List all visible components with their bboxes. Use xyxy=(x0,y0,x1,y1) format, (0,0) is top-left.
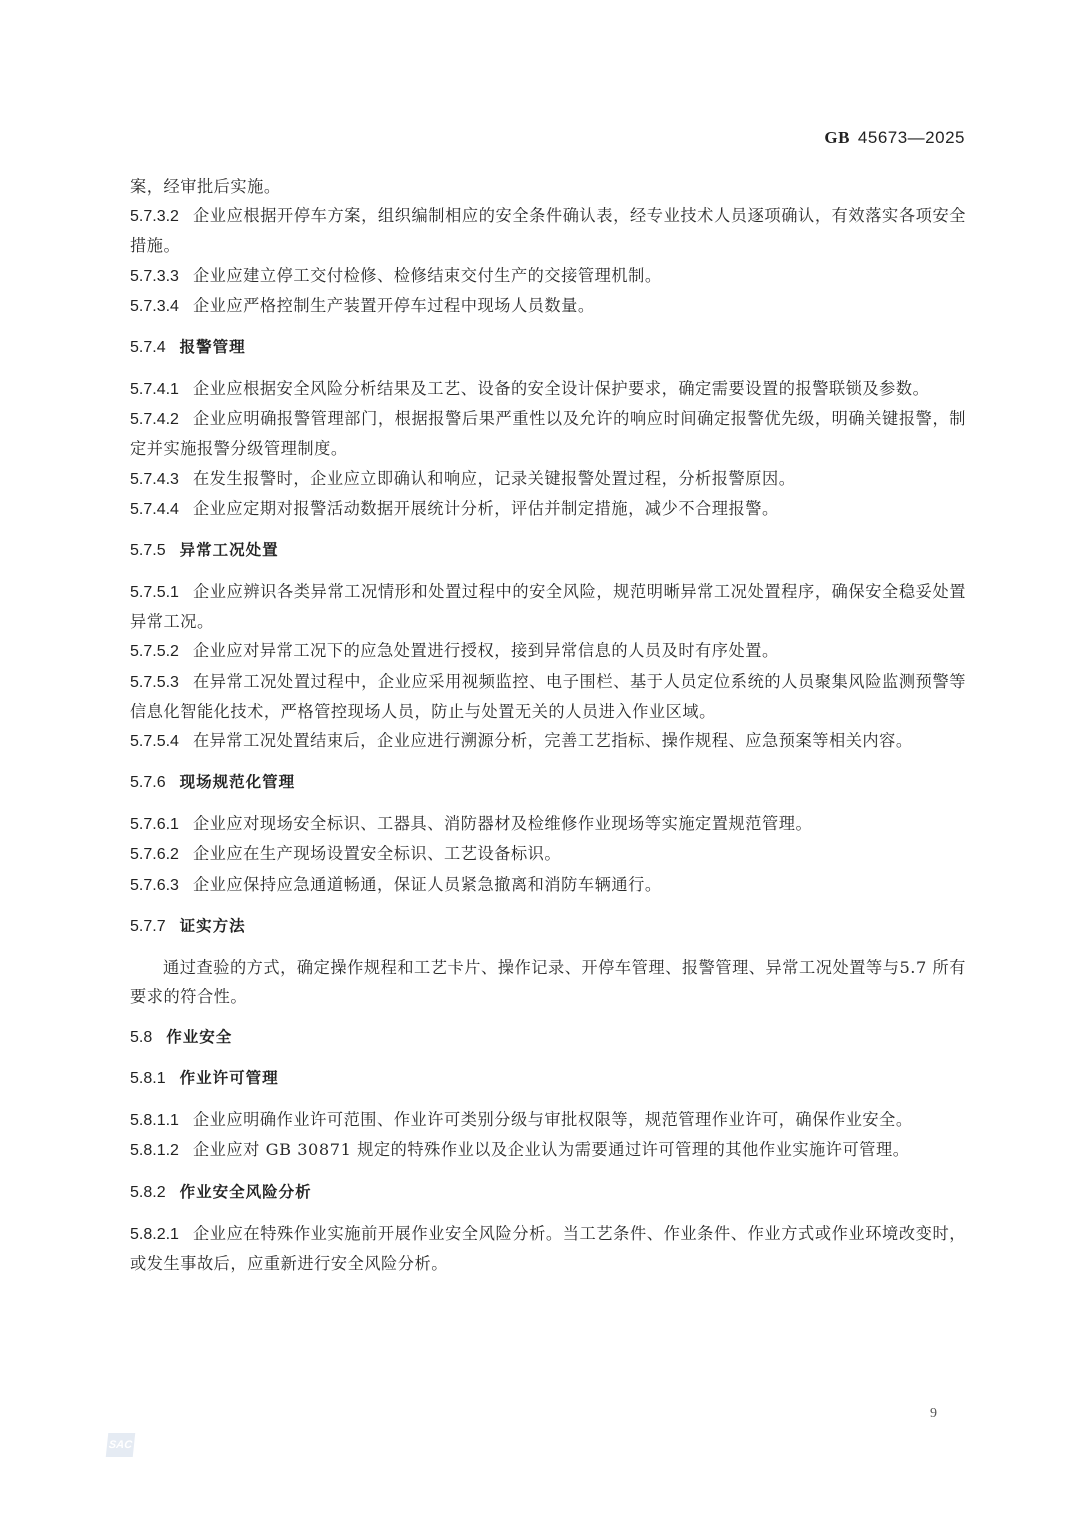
section-title: 作业安全 xyxy=(166,1028,232,1046)
clause-text: 企业应在生产现场设置安全标识、工艺设备标识。 xyxy=(193,844,561,863)
clause-text: 企业应严格控制生产装置开停车过程中现场人员数量。 xyxy=(193,296,595,315)
clause-text: 企业应建立停工交付检修、检修结束交付生产的交接管理机制。 xyxy=(193,266,662,285)
clause-text: 企业应明确报警管理部门，根据报警后果严重性以及允许的响应时间确定报警优先级，明确… xyxy=(130,409,966,458)
clause-5-7-5-3: 5.7.5.3在异常工况处置过程中，企业应采用视频监控、电子围栏、基于人员定位系… xyxy=(130,667,966,726)
clause-number: 5.7.6.2 xyxy=(130,846,179,863)
section-title: 证实方法 xyxy=(180,917,246,935)
standard-number-header: GB45673—2025 xyxy=(824,128,965,148)
clause-5-7-4-2: 5.7.4.2企业应明确报警管理部门，根据报警后果严重性以及允许的响应时间确定报… xyxy=(130,404,966,463)
clause-number: 5.7.4.4 xyxy=(130,501,179,518)
clause-number: 5.7.5.3 xyxy=(130,674,179,691)
clause-number: 5.7.4.3 xyxy=(130,471,179,488)
clause-5-7-6-3: 5.7.6.3企业应保持应急通道畅通，保证人员紧急撤离和消防车辆通行。 xyxy=(130,870,966,900)
clause-5-7-5-2: 5.7.5.2企业应对异常工况下的应急处置进行授权，接到异常信息的人员及时有序处… xyxy=(130,636,966,666)
section-number: 5.7.5 xyxy=(130,542,166,559)
section-number: 5.8 xyxy=(130,1029,152,1046)
clause-text: 在异常工况处置结束后，企业应进行溯源分析，完善工艺指标、操作规程、应急预案等相关… xyxy=(193,731,913,750)
clause-number: 5.7.6.1 xyxy=(130,816,179,833)
clause-5-7-5-4: 5.7.5.4在异常工况处置结束后，企业应进行溯源分析，完善工艺指标、操作规程、… xyxy=(130,726,966,756)
section-number: 5.7.4 xyxy=(130,339,166,356)
clause-5-7-3-3: 5.7.3.3企业应建立停工交付检修、检修结束交付生产的交接管理机制。 xyxy=(130,261,966,291)
clause-5-7-5-1: 5.7.5.1企业应辨识各类异常工况情形和处置过程中的安全风险，规范明晰异常工况… xyxy=(130,577,966,636)
clause-5-8-1-2: 5.8.1.2企业应对 GB 30871 规定的特殊作业以及企业认为需要通过许可… xyxy=(130,1135,966,1165)
clause-text: 在异常工况处置过程中，企业应采用视频监控、电子围栏、基于人员定位系统的人员聚集风… xyxy=(130,672,966,721)
clause-number: 5.8.2.1 xyxy=(130,1226,179,1243)
section-number: 5.7.6 xyxy=(130,774,166,791)
standard-number: 45673—2025 xyxy=(858,128,965,147)
clause-text: 企业应在特殊作业实施前开展作业安全风险分析。当工艺条件、作业条件、作业方式或作业… xyxy=(130,1224,966,1273)
clause-text: 企业应根据开停车方案，组织编制相应的安全条件确认表，经专业技术人员逐项确认，有效… xyxy=(130,206,966,255)
clause-text: 企业应定期对报警活动数据开展统计分析，评估并制定措施，减少不合理报警。 xyxy=(193,499,779,518)
standard-prefix: GB xyxy=(824,128,850,147)
section-heading-5-8-1: 5.8.1作业许可管理 xyxy=(130,1064,966,1093)
clause-number: 5.7.3.2 xyxy=(130,208,179,225)
section-number: 5.8.1 xyxy=(130,1070,166,1087)
section-title: 作业许可管理 xyxy=(180,1069,279,1087)
clause-number: 5.7.3.4 xyxy=(130,298,179,315)
section-title: 异常工况处置 xyxy=(180,541,279,559)
verification-paragraph: 通过查验的方式，确定操作规程和工艺卡片、操作记录、开停车管理、报警管理、异常工况… xyxy=(130,953,966,1011)
clause-text: 企业应对现场安全标识、工器具、消防器材及检维修作业现场等实施定置规范管理。 xyxy=(193,814,812,833)
section-heading-5-8: 5.8作业安全 xyxy=(130,1023,966,1052)
clause-number: 5.7.5.4 xyxy=(130,733,179,750)
clause-number: 5.7.5.2 xyxy=(130,643,179,660)
clause-text: 企业应保持应急通道畅通，保证人员紧急撤离和消防车辆通行。 xyxy=(193,875,662,894)
document-page: GB45673—2025 案，经审批后实施。 5.7.3.2企业应根据开停车方案… xyxy=(0,0,1080,1527)
document-body: 案，经审批后实施。 5.7.3.2企业应根据开停车方案，组织编制相应的安全条件确… xyxy=(130,172,966,1278)
clause-number: 5.7.5.1 xyxy=(130,584,179,601)
clause-5-7-4-4: 5.7.4.4企业应定期对报警活动数据开展统计分析，评估并制定措施，减少不合理报… xyxy=(130,494,966,524)
page-number: 9 xyxy=(930,1406,937,1422)
clause-5-7-3-4: 5.7.3.4企业应严格控制生产装置开停车过程中现场人员数量。 xyxy=(130,291,966,321)
clause-number: 5.7.3.3 xyxy=(130,268,179,285)
clause-number: 5.7.4.1 xyxy=(130,381,179,398)
sac-logo-icon: SAC xyxy=(106,1433,136,1457)
section-heading-5-7-5: 5.7.5异常工况处置 xyxy=(130,536,966,565)
section-title: 作业安全风险分析 xyxy=(180,1183,312,1201)
clause-5-7-4-3: 5.7.4.3在发生报警时，企业应立即确认和响应，记录关键报警处置过程，分析报警… xyxy=(130,464,966,494)
clause-number: 5.8.1.1 xyxy=(130,1112,179,1129)
clause-number: 5.7.4.2 xyxy=(130,411,179,428)
section-title: 现场规范化管理 xyxy=(180,773,296,791)
clause-text: 在发生报警时，企业应立即确认和响应，记录关键报警处置过程，分析报警原因。 xyxy=(193,469,796,488)
section-number: 5.8.2 xyxy=(130,1184,166,1201)
section-heading-5-8-2: 5.8.2作业安全风险分析 xyxy=(130,1178,966,1207)
clause-5-8-1-1: 5.8.1.1企业应明确作业许可范围、作业许可类别分级与审批权限等，规范管理作业… xyxy=(130,1105,966,1135)
clause-text: 企业应辨识各类异常工况情形和处置过程中的安全风险，规范明晰异常工况处置程序，确保… xyxy=(130,582,966,631)
continued-paragraph: 案，经审批后实施。 xyxy=(130,172,966,201)
section-heading-5-7-6: 5.7.6现场规范化管理 xyxy=(130,768,966,797)
clause-text: 企业应对异常工况下的应急处置进行授权，接到异常信息的人员及时有序处置。 xyxy=(193,641,779,660)
clause-text: 企业应对 GB 30871 规定的特殊作业以及企业认为需要通过许可管理的其他作业… xyxy=(193,1140,910,1159)
clause-text: 企业应根据安全风险分析结果及工艺、设备的安全设计保护要求，确定需要设置的报警联锁… xyxy=(193,379,929,398)
clause-text: 企业应明确作业许可范围、作业许可类别分级与审批权限等，规范管理作业许可，确保作业… xyxy=(193,1110,913,1129)
clause-5-7-4-1: 5.7.4.1企业应根据安全风险分析结果及工艺、设备的安全设计保护要求，确定需要… xyxy=(130,374,966,404)
section-heading-5-7-4: 5.7.4报警管理 xyxy=(130,333,966,362)
clause-5-7-6-1: 5.7.6.1企业应对现场安全标识、工器具、消防器材及检维修作业现场等实施定置规… xyxy=(130,809,966,839)
section-number: 5.7.7 xyxy=(130,918,166,935)
clause-5-8-2-1: 5.8.2.1企业应在特殊作业实施前开展作业安全风险分析。当工艺条件、作业条件、… xyxy=(130,1219,966,1278)
clause-number: 5.7.6.3 xyxy=(130,877,179,894)
clause-number: 5.8.1.2 xyxy=(130,1142,179,1159)
clause-5-7-6-2: 5.7.6.2企业应在生产现场设置安全标识、工艺设备标识。 xyxy=(130,839,966,869)
section-heading-5-7-7: 5.7.7证实方法 xyxy=(130,912,966,941)
clause-5-7-3-2: 5.7.3.2企业应根据开停车方案，组织编制相应的安全条件确认表，经专业技术人员… xyxy=(130,201,966,260)
section-title: 报警管理 xyxy=(180,338,246,356)
